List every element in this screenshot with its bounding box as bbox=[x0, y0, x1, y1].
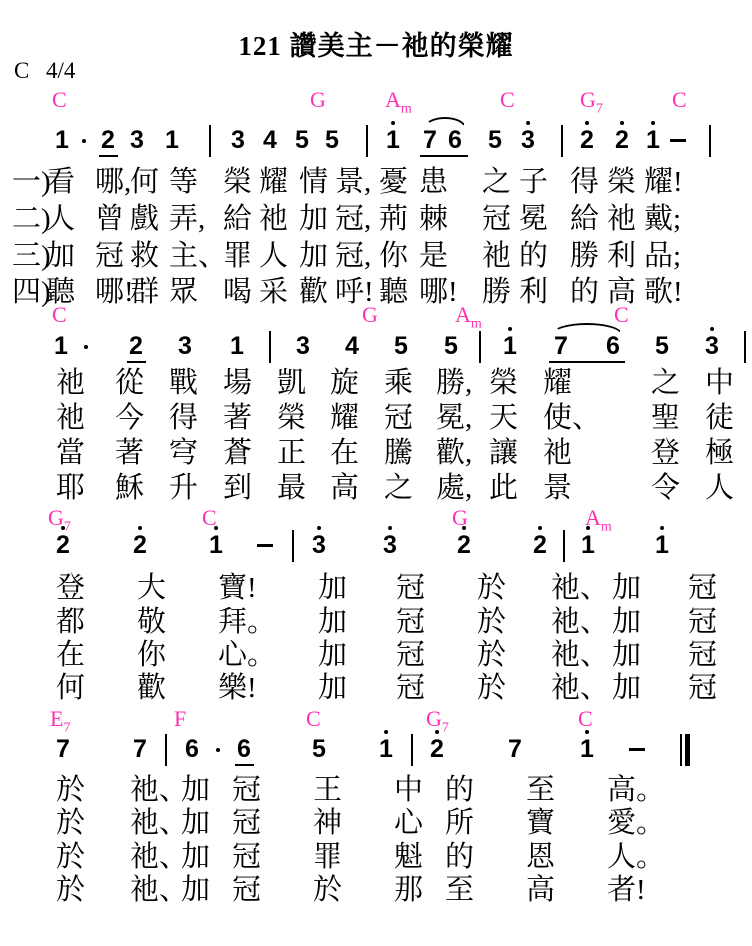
lyric-syllable: 加 bbox=[181, 809, 210, 838]
lyric-syllable: 之 bbox=[651, 369, 680, 398]
lyric-syllable: 哪, bbox=[95, 168, 131, 197]
chord-quality: 7 bbox=[442, 720, 449, 735]
lyric-syllable: 穌 bbox=[115, 474, 144, 503]
lyric-syllable: 景 bbox=[543, 474, 572, 503]
barline bbox=[561, 125, 563, 157]
lyric-syllable: 冠 bbox=[688, 574, 717, 603]
note-digit: 5 bbox=[488, 128, 502, 153]
slur-arc bbox=[424, 117, 466, 128]
note-digit: 7 bbox=[554, 334, 568, 359]
lyric-syllable: 冠 bbox=[95, 242, 124, 271]
barline bbox=[479, 331, 481, 363]
lyric-syllable: 戴; bbox=[644, 205, 681, 234]
lyric-syllable: 冕, bbox=[436, 404, 472, 433]
octave-dot bbox=[660, 526, 664, 530]
lyric-syllable: 讓 bbox=[489, 439, 518, 468]
lyric-syllable: 祂 bbox=[482, 242, 511, 271]
lyric-syllable: 於 bbox=[477, 608, 506, 637]
note-digit: 3 bbox=[296, 334, 310, 359]
lyric-syllable: 子 bbox=[519, 168, 548, 197]
chord-label: C bbox=[672, 88, 687, 112]
note-digit: 2 bbox=[56, 533, 70, 558]
melody-row: 221332211 bbox=[0, 533, 752, 567]
lyric-syllable: 喝 bbox=[223, 278, 252, 307]
lyric-syllable: 冠 bbox=[396, 574, 425, 603]
lyric-syllable: 眾 bbox=[169, 278, 198, 307]
lyric-syllable: 給 bbox=[223, 205, 252, 234]
octave-dot bbox=[651, 121, 655, 125]
lyric-syllable: 至 bbox=[526, 776, 555, 805]
lyric-syllable: 之 bbox=[384, 474, 413, 503]
note-digit: 1 bbox=[503, 334, 517, 359]
lyric-syllable: 心 bbox=[394, 809, 423, 838]
note-digit: 3 bbox=[383, 533, 397, 558]
lyric-syllable: 在 bbox=[330, 439, 359, 468]
lyric-syllable: 景, bbox=[335, 168, 371, 197]
lyric-syllable: 加 bbox=[299, 205, 328, 234]
chord-label: G bbox=[310, 88, 326, 112]
lyric-syllable: 耶 bbox=[56, 474, 85, 503]
lyric-syllable: 令 bbox=[651, 474, 680, 503]
lyric-syllable: 加 bbox=[318, 641, 347, 670]
barline bbox=[209, 125, 211, 157]
lyric-syllable: 的 bbox=[570, 278, 599, 307]
chord-label: F bbox=[174, 707, 186, 731]
lyric-syllable: 品; bbox=[644, 242, 681, 271]
lyric-syllable: 祂 bbox=[56, 404, 85, 433]
lyric-syllable: 歡, bbox=[436, 439, 472, 468]
lyric-syllable: 祂 bbox=[543, 439, 572, 468]
dash-sustain bbox=[257, 544, 273, 547]
lyric-syllable: 於 bbox=[477, 574, 506, 603]
lyric-syllable: 耀! bbox=[644, 168, 683, 197]
lyric-syllable: 戰 bbox=[169, 369, 198, 398]
lyric-syllable: 天 bbox=[489, 404, 518, 433]
lyric-syllable: 四) bbox=[12, 278, 51, 307]
octave-dot bbox=[538, 526, 542, 530]
note-digit: 1 bbox=[165, 128, 179, 153]
lyric-syllable: 患 bbox=[419, 168, 448, 197]
final-barline-thick bbox=[685, 734, 690, 766]
lyric-syllable: 登 bbox=[56, 574, 85, 603]
lyric-syllable: 心。 bbox=[218, 641, 276, 670]
lyric-syllable: 冠 bbox=[232, 776, 261, 805]
chord-label: Am bbox=[385, 88, 412, 112]
time-signature: 4/4 bbox=[46, 58, 75, 84]
lyric-syllable: 主、 bbox=[169, 242, 227, 271]
lyric-syllable: 何 bbox=[130, 168, 159, 197]
lyric-syllable: 拜。 bbox=[218, 608, 276, 637]
lyric-syllable: 高。 bbox=[607, 776, 665, 805]
octave-dot bbox=[710, 327, 714, 331]
lyric-syllable: 歌! bbox=[644, 278, 683, 307]
note-digit: 6 bbox=[448, 128, 462, 153]
lyric-syllable: 祂、 bbox=[130, 843, 188, 872]
melody-row: 1231345517653 bbox=[0, 334, 752, 368]
note-digit: 5 bbox=[444, 334, 458, 359]
lyric-syllable: 祂、 bbox=[551, 641, 609, 670]
note-digit: 1 bbox=[54, 334, 68, 359]
lyric-syllable: 祂、 bbox=[130, 809, 188, 838]
lyric-syllable: 神 bbox=[313, 809, 342, 838]
lyric-syllable: 等 bbox=[169, 168, 198, 197]
lyric-syllable: 哪! bbox=[419, 278, 458, 307]
lyric-syllable: 加 bbox=[299, 242, 328, 271]
note-digit: 7 bbox=[508, 737, 522, 762]
lyric-syllable: 恩 bbox=[526, 843, 555, 872]
beam-underline bbox=[549, 361, 625, 363]
melody-row: 776651271 bbox=[0, 737, 752, 771]
lyric-syllable: 處, bbox=[436, 474, 472, 503]
note-digit: 3 bbox=[231, 128, 245, 153]
lyric-syllable: 加 bbox=[318, 608, 347, 637]
octave-dot bbox=[585, 730, 589, 734]
chord-label: G7 bbox=[48, 506, 71, 530]
lyric-syllable: 榮 bbox=[607, 168, 636, 197]
lyric-syllable: 此 bbox=[489, 474, 518, 503]
lyric-syllable: 樂! bbox=[218, 674, 257, 703]
chord-label: G bbox=[362, 303, 378, 327]
lyric-syllable: 得 bbox=[570, 168, 599, 197]
lyric-syllable: 從 bbox=[115, 369, 144, 398]
note-digit: 2 bbox=[430, 737, 444, 762]
lyric-syllable: 的 bbox=[445, 843, 474, 872]
barline bbox=[709, 125, 711, 157]
note-digit: 7 bbox=[56, 737, 70, 762]
lyric-syllable: 勝 bbox=[482, 278, 511, 307]
lyric-syllable: 人 bbox=[46, 205, 75, 234]
octave-dot bbox=[620, 121, 624, 125]
lyric-syllable: 罪 bbox=[223, 242, 252, 271]
lyric-syllable: 於 bbox=[56, 843, 85, 872]
lyric-syllable: 何 bbox=[56, 674, 85, 703]
note-digit: 2 bbox=[615, 128, 629, 153]
note-digit: 5 bbox=[325, 128, 339, 153]
lyric-syllable: 中 bbox=[394, 776, 423, 805]
lyric-syllable: 加 bbox=[181, 776, 210, 805]
lyric-syllable: 加 bbox=[46, 242, 75, 271]
note-digit: 1 bbox=[581, 533, 595, 558]
lyric-syllable: 罪 bbox=[313, 843, 342, 872]
lyric-syllable: 加 bbox=[318, 674, 347, 703]
note-digit: 1 bbox=[646, 128, 660, 153]
lyric-syllable: 二) bbox=[12, 205, 51, 234]
octave-dot bbox=[462, 526, 466, 530]
note-digit: 2 bbox=[580, 128, 594, 153]
chord-label: C bbox=[578, 707, 593, 731]
lyric-syllable: 祂 bbox=[259, 205, 288, 234]
lyric-syllable: 蒼 bbox=[223, 439, 252, 468]
lyric-syllable: 人 bbox=[705, 474, 734, 503]
lyric-syllable: 人。 bbox=[607, 843, 665, 872]
lyric-syllable: 乘 bbox=[384, 369, 413, 398]
lyric-syllable: 愛。 bbox=[607, 809, 665, 838]
lyric-syllable: 大 bbox=[137, 574, 166, 603]
lyric-syllable: 憂 bbox=[379, 168, 408, 197]
lyric-syllable: 冠 bbox=[688, 608, 717, 637]
octave-dot bbox=[508, 327, 512, 331]
lyric-syllable: 正 bbox=[277, 439, 306, 468]
lyric-syllable: 榮 bbox=[277, 404, 306, 433]
lyric-syllable: 冠 bbox=[396, 608, 425, 637]
note-digit: 1 bbox=[386, 128, 400, 153]
barline bbox=[269, 331, 271, 363]
beam-underline bbox=[99, 155, 118, 157]
note-digit: 2 bbox=[133, 533, 147, 558]
octave-dot bbox=[586, 526, 590, 530]
lyric-syllable: 弄, bbox=[169, 205, 205, 234]
note-digit: 1 bbox=[55, 128, 69, 153]
lyric-syllable: 冠 bbox=[482, 205, 511, 234]
chord-label: C bbox=[500, 88, 515, 112]
lyric-syllable: 於 bbox=[477, 674, 506, 703]
note-digit: 1 bbox=[379, 737, 393, 762]
octave-dot bbox=[388, 526, 392, 530]
lyric-syllable: 情 bbox=[299, 168, 328, 197]
lyric-syllable: 魁 bbox=[394, 843, 423, 872]
lyric-syllable: 冠 bbox=[396, 674, 425, 703]
octave-dot bbox=[214, 526, 218, 530]
note-digit: 5 bbox=[655, 334, 669, 359]
octave-dot bbox=[585, 121, 589, 125]
lyric-syllable: 棘 bbox=[419, 205, 448, 234]
beam-underline bbox=[420, 155, 468, 157]
hymn-sheet: 121 讚美主－祂的榮耀 C 4/4 CGAmCG7C1231345517653… bbox=[0, 0, 752, 946]
lyric-syllable: 加 bbox=[612, 641, 641, 670]
lyric-syllable: 寶! bbox=[218, 574, 257, 603]
chord-quality: 7 bbox=[63, 720, 70, 735]
augmentation-dot bbox=[84, 345, 88, 349]
lyric-syllable: 加 bbox=[612, 608, 641, 637]
lyric-syllable: 勝, bbox=[436, 369, 472, 398]
chord-label: C bbox=[52, 88, 67, 112]
note-digit: 3 bbox=[312, 533, 326, 558]
lyric-syllable: 三) bbox=[12, 242, 51, 271]
lyric-syllable: 歡 bbox=[299, 278, 328, 307]
lyric-syllable: 到 bbox=[223, 474, 252, 503]
note-digit: 3 bbox=[705, 334, 719, 359]
lyric-syllable: 當 bbox=[56, 439, 85, 468]
lyric-syllable: 榮 bbox=[489, 369, 518, 398]
dash-sustain bbox=[670, 139, 686, 142]
lyric-syllable: 給 bbox=[570, 205, 599, 234]
lyric-syllable: 升 bbox=[169, 474, 198, 503]
chord-quality: 7 bbox=[596, 101, 603, 116]
lyric-syllable: 使、 bbox=[543, 404, 601, 433]
octave-dot bbox=[384, 730, 388, 734]
note-digit: 5 bbox=[295, 128, 309, 153]
lyric-syllable: 利 bbox=[607, 242, 636, 271]
key-signature: C bbox=[14, 58, 29, 84]
chord-label: C bbox=[306, 707, 321, 731]
lyric-syllable: 冠, bbox=[335, 205, 371, 234]
lyric-syllable: 場 bbox=[223, 369, 252, 398]
lyric-syllable: 的 bbox=[445, 776, 474, 805]
note-digit: 2 bbox=[129, 334, 143, 359]
lyric-syllable: 最 bbox=[277, 474, 306, 503]
lyric-syllable: 者! bbox=[607, 876, 646, 905]
lyric-syllable: 一) bbox=[12, 168, 51, 197]
lyric-syllable: 聖 bbox=[651, 404, 680, 433]
lyric-syllable: 祂、 bbox=[130, 876, 188, 905]
lyric-syllable: 歡 bbox=[137, 674, 166, 703]
lyric-syllable: 寶 bbox=[526, 809, 555, 838]
note-digit: 1 bbox=[655, 533, 669, 558]
barline bbox=[165, 734, 167, 766]
lyric-syllable: 你 bbox=[379, 242, 408, 271]
lyric-syllable: 加 bbox=[612, 574, 641, 603]
note-digit: 2 bbox=[533, 533, 547, 558]
chord-label: Am bbox=[455, 303, 482, 327]
chord-label: C bbox=[614, 303, 629, 327]
octave-dot bbox=[435, 730, 439, 734]
note-digit: 7 bbox=[423, 128, 437, 153]
note-digit: 4 bbox=[345, 334, 359, 359]
lyric-syllable: 於 bbox=[477, 641, 506, 670]
lyric-syllable: 高 bbox=[526, 876, 555, 905]
lyric-syllable: 加 bbox=[181, 876, 210, 905]
lyric-syllable: 祂 bbox=[56, 369, 85, 398]
lyric-syllable: 是 bbox=[419, 242, 448, 271]
lyric-syllable: 那 bbox=[394, 876, 423, 905]
lyric-syllable: 王 bbox=[313, 776, 342, 805]
lyric-syllable: 中 bbox=[705, 369, 734, 398]
lyric-syllable: 都 bbox=[56, 608, 85, 637]
lyric-syllable: 於 bbox=[56, 809, 85, 838]
lyric-syllable: 采 bbox=[259, 278, 288, 307]
page-title: 121 讚美主－祂的榮耀 bbox=[0, 24, 752, 63]
chord-label: C bbox=[52, 303, 67, 327]
lyric-syllable: 於 bbox=[56, 776, 85, 805]
chord-quality: m bbox=[401, 101, 412, 116]
note-digit: 4 bbox=[263, 128, 277, 153]
lyric-syllable: 哪! bbox=[95, 278, 134, 307]
final-barline-thin bbox=[680, 734, 682, 766]
chord-label: G7 bbox=[426, 707, 449, 731]
note-digit: 5 bbox=[312, 737, 326, 762]
lyric-syllable: 至 bbox=[445, 876, 474, 905]
lyric-syllable: 騰 bbox=[384, 439, 413, 468]
lyric-syllable: 群 bbox=[130, 278, 159, 307]
lyric-syllable: 勝 bbox=[570, 242, 599, 271]
lyric-syllable: 冕 bbox=[519, 205, 548, 234]
lyric-syllable: 於 bbox=[313, 876, 342, 905]
lyric-syllable: 加 bbox=[181, 843, 210, 872]
octave-dot bbox=[317, 526, 321, 530]
lyric-syllable: 耀 bbox=[543, 369, 572, 398]
lyric-syllable: 著 bbox=[223, 404, 252, 433]
lyric-syllable: 旋 bbox=[330, 369, 359, 398]
note-digit: 7 bbox=[133, 737, 147, 762]
note-digit: 6 bbox=[237, 737, 251, 762]
note-digit: 1 bbox=[580, 737, 594, 762]
lyric-syllable: 凱 bbox=[277, 369, 306, 398]
lyric-syllable: 利 bbox=[519, 278, 548, 307]
augmentation-dot bbox=[82, 139, 86, 143]
lyric-syllable: 於 bbox=[56, 876, 85, 905]
beam-underline bbox=[235, 764, 254, 766]
lyric-syllable: 聽 bbox=[379, 278, 408, 307]
lyric-syllable: 人 bbox=[259, 242, 288, 271]
lyric-syllable: 著 bbox=[115, 439, 144, 468]
barline bbox=[411, 734, 413, 766]
lyric-syllable: 救 bbox=[130, 242, 159, 271]
lyric-syllable: 得 bbox=[169, 404, 198, 433]
lyric-syllable: 冠 bbox=[688, 641, 717, 670]
lyric-syllable: 加 bbox=[318, 574, 347, 603]
lyric-syllable: 祂、 bbox=[551, 674, 609, 703]
barline bbox=[744, 331, 746, 363]
barline bbox=[292, 530, 294, 562]
lyric-syllable: 登 bbox=[651, 439, 680, 468]
lyric-syllable: 榮 bbox=[223, 168, 252, 197]
note-digit: 2 bbox=[101, 128, 115, 153]
lyric-syllable: 祂、 bbox=[130, 776, 188, 805]
lyric-syllable: 冠 bbox=[232, 876, 261, 905]
lyric-syllable: 冠 bbox=[396, 641, 425, 670]
chord-label: G7 bbox=[580, 88, 603, 112]
note-digit: 6 bbox=[606, 334, 620, 359]
note-digit: 3 bbox=[130, 128, 144, 153]
lyric-syllable: 戲 bbox=[130, 205, 159, 234]
note-digit: 3 bbox=[521, 128, 535, 153]
lyric-syllable: 冠 bbox=[688, 674, 717, 703]
note-digit: 5 bbox=[394, 334, 408, 359]
dash-sustain bbox=[629, 748, 645, 751]
lyric-syllable: 耀 bbox=[330, 404, 359, 433]
lyric-syllable: 敬 bbox=[137, 608, 166, 637]
chord-quality: m bbox=[471, 316, 482, 331]
octave-dot bbox=[61, 526, 65, 530]
note-digit: 6 bbox=[185, 737, 199, 762]
lyric-syllable: 祂 bbox=[607, 205, 636, 234]
lyric-syllable: 之 bbox=[482, 168, 511, 197]
lyric-syllable: 的 bbox=[519, 242, 548, 271]
lyric-syllable: 徒 bbox=[705, 404, 734, 433]
note-digit: 1 bbox=[230, 334, 244, 359]
barline bbox=[563, 530, 565, 562]
note-digit: 3 bbox=[178, 334, 192, 359]
octave-dot bbox=[391, 121, 395, 125]
lyric-syllable: 穹 bbox=[169, 439, 198, 468]
chord-label: E7 bbox=[50, 707, 70, 731]
lyric-syllable: 冠, bbox=[335, 242, 371, 271]
lyric-syllable: 加 bbox=[612, 674, 641, 703]
lyric-syllable: 耀 bbox=[259, 168, 288, 197]
lyric-syllable: 看 bbox=[46, 168, 75, 197]
lyric-syllable: 祂、 bbox=[551, 574, 609, 603]
lyric-syllable: 在 bbox=[56, 641, 85, 670]
lyric-syllable: 曾 bbox=[95, 205, 124, 234]
lyric-syllable: 今 bbox=[115, 404, 144, 433]
lyric-syllable: 祂、 bbox=[551, 608, 609, 637]
lyric-syllable: 所 bbox=[445, 809, 474, 838]
augmentation-dot bbox=[216, 748, 220, 752]
note-digit: 1 bbox=[209, 533, 223, 558]
lyric-syllable: 冠 bbox=[232, 843, 261, 872]
lyric-syllable: 荊 bbox=[379, 205, 408, 234]
beam-underline bbox=[127, 361, 146, 363]
lyric-syllable: 冠 bbox=[384, 404, 413, 433]
slur-arc bbox=[552, 323, 622, 334]
octave-dot bbox=[526, 121, 530, 125]
lyric-syllable: 極 bbox=[705, 439, 734, 468]
final-barline bbox=[680, 734, 690, 766]
lyric-syllable: 高 bbox=[330, 474, 359, 503]
note-digit: 2 bbox=[457, 533, 471, 558]
barline bbox=[366, 125, 368, 157]
octave-dot bbox=[138, 526, 142, 530]
